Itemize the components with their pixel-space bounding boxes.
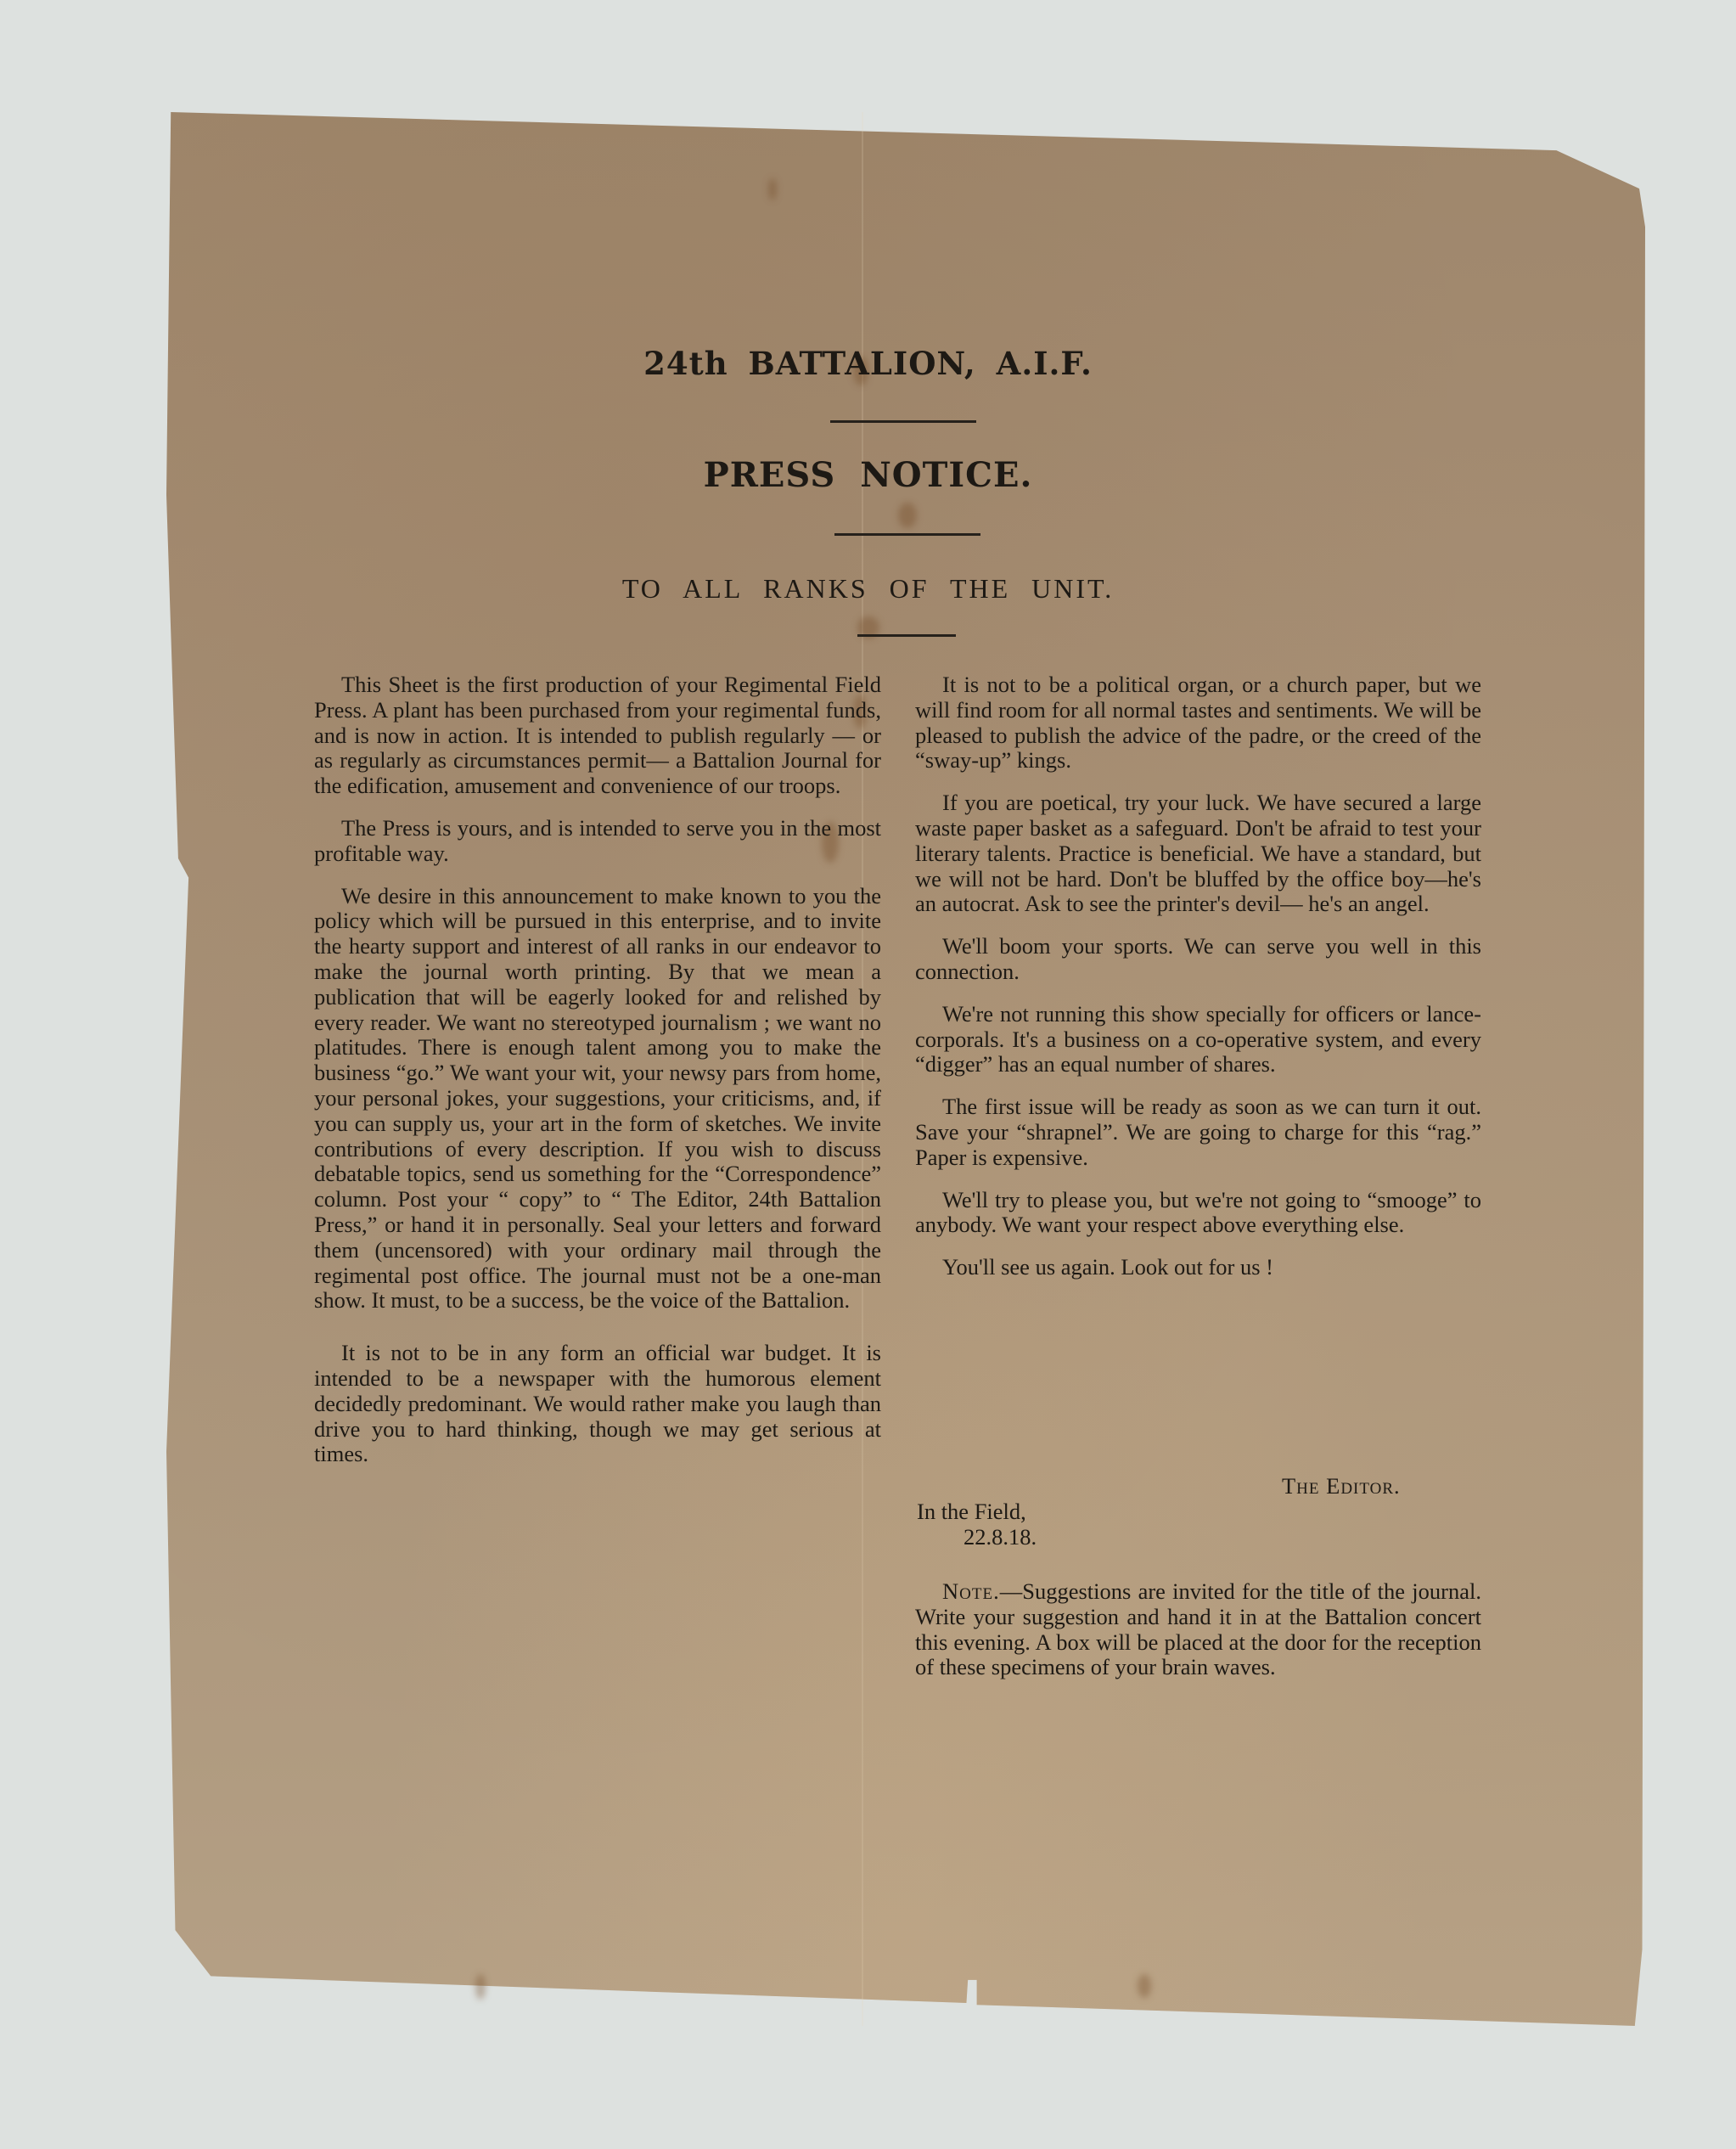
stain-mark — [475, 1974, 486, 2000]
unit-heading: 24th BATTALION, A.I.F. — [0, 345, 1736, 382]
header-divider — [830, 420, 976, 423]
paragraph: We desire in this announcement to make k… — [314, 884, 881, 1314]
paragraph: You'll see us again. Look out for us ! — [915, 1255, 1481, 1280]
stain-mark — [1138, 1974, 1151, 1998]
stain-mark — [898, 503, 917, 528]
addressee-line: TO ALL RANKS OF THE UNIT. — [0, 573, 1736, 605]
note-text: —Suggestions are invited for the title o… — [915, 1578, 1481, 1679]
right-column: It is not to be a political organ, or a … — [915, 672, 1481, 1297]
header-divider — [857, 634, 956, 637]
stain-mark — [768, 178, 777, 200]
paragraph: It is not to be a political organ, or a … — [915, 672, 1481, 774]
paragraph: This Sheet is the first production of yo… — [314, 672, 881, 799]
paragraph: The first issue will be ready as soon as… — [915, 1094, 1481, 1170]
paragraph: It is not to be in any form an official … — [314, 1341, 881, 1467]
left-column: This Sheet is the first production of yo… — [314, 672, 881, 1484]
paragraph: If you are poetical, try your luck. We h… — [915, 790, 1481, 917]
paragraph: We'll try to please you, but we're not g… — [915, 1188, 1481, 1239]
note-label: Note. — [942, 1578, 1000, 1604]
paragraph: The Press is yours, and is intended to s… — [314, 816, 881, 867]
page-title: PRESS NOTICE. — [0, 455, 1736, 495]
dateline-place: In the Field, — [917, 1499, 1026, 1524]
paragraph: We'll boom your sports. We can serve you… — [915, 934, 1481, 985]
paragraph: We're not running this show specially fo… — [915, 1002, 1481, 1077]
header-divider — [834, 533, 980, 536]
dateline-date: 22.8.18. — [964, 1524, 1037, 1550]
note-block: Note.—Suggestions are invited for the ti… — [915, 1579, 1481, 1697]
editor-signature: The Editor. — [1282, 1473, 1401, 1499]
